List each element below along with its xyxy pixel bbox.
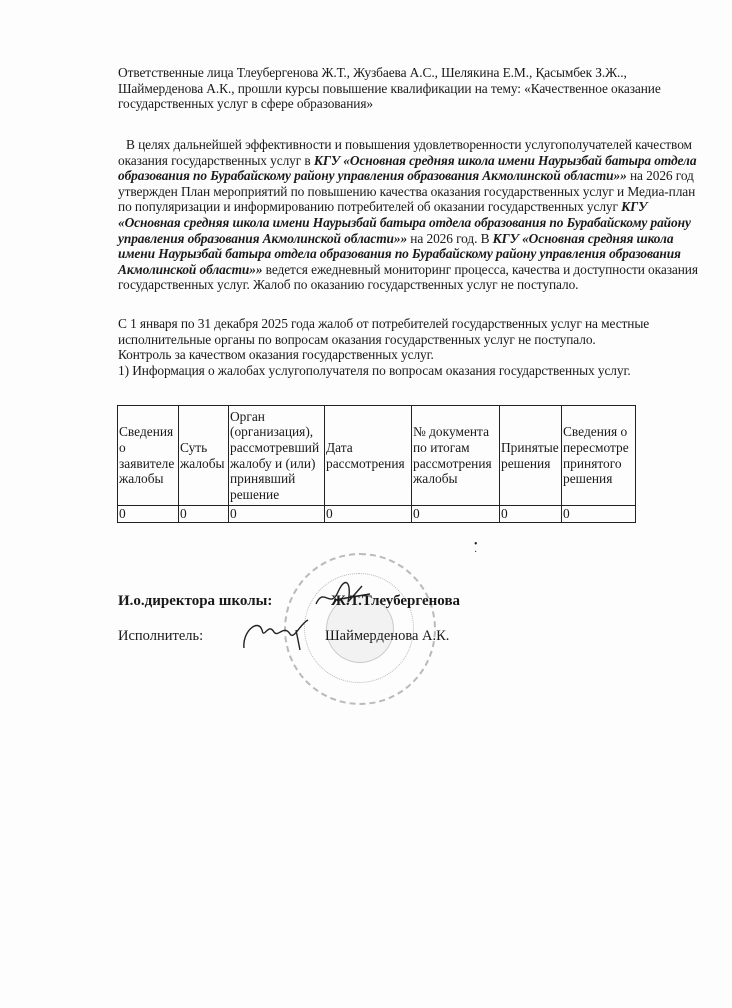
cell: 0	[500, 506, 562, 523]
complaints-info-heading: 1) Информация о жалобах услугополучателя…	[118, 363, 698, 379]
col-applicant: Сведения о заявителе жалобы	[118, 406, 179, 506]
cell: 0	[118, 506, 179, 523]
col-review: Сведения о пересмотре принятого решения	[562, 406, 636, 506]
cell: 0	[229, 506, 325, 523]
scan-specks: •·	[474, 541, 478, 557]
col-authority: Орган (организация), рассмотревший жалоб…	[229, 406, 325, 506]
executor-signature	[238, 612, 318, 654]
cell: 0	[562, 506, 636, 523]
table-row: 0 0 0 0 0 0 0	[118, 506, 636, 523]
director-name: Ж.Т.Тлеубергенова	[331, 593, 460, 610]
col-essence: Суть жалобы	[179, 406, 229, 506]
executor-name: Шаймерденова А.К.	[325, 628, 449, 645]
complaints-table: Сведения о заявителе жалобы Суть жалобы …	[117, 405, 636, 523]
cell: 0	[325, 506, 412, 523]
col-date: Дата рассмотрения	[325, 406, 412, 506]
cell: 0	[179, 506, 229, 523]
col-doc-number: № документа по итогам рассмотрения жалоб…	[412, 406, 500, 506]
paragraph-training: Ответственные лица Тлеубергенова Ж.Т., Ж…	[118, 65, 698, 112]
executor-label: Исполнитель:	[118, 628, 203, 645]
document-page: Ответственные лица Тлеубергенова Ж.Т., Ж…	[0, 0, 732, 1008]
cell: 0	[412, 506, 500, 523]
paragraph-complaints: С 1 января по 31 декабря 2025 года жалоб…	[118, 316, 698, 378]
text: на 2026 год. В	[407, 231, 493, 246]
col-decisions: Принятые решения	[500, 406, 562, 506]
complaints-period-text: С 1 января по 31 декабря 2025 года жалоб…	[118, 316, 698, 347]
director-label: И.о.директора школы:	[118, 593, 272, 610]
paragraph-plan: В целях дальнейшей эффективности и повыш…	[118, 137, 698, 293]
table-header-row: Сведения о заявителе жалобы Суть жалобы …	[118, 406, 636, 506]
quality-control-text: Контроль за качеством оказания государст…	[118, 347, 698, 363]
